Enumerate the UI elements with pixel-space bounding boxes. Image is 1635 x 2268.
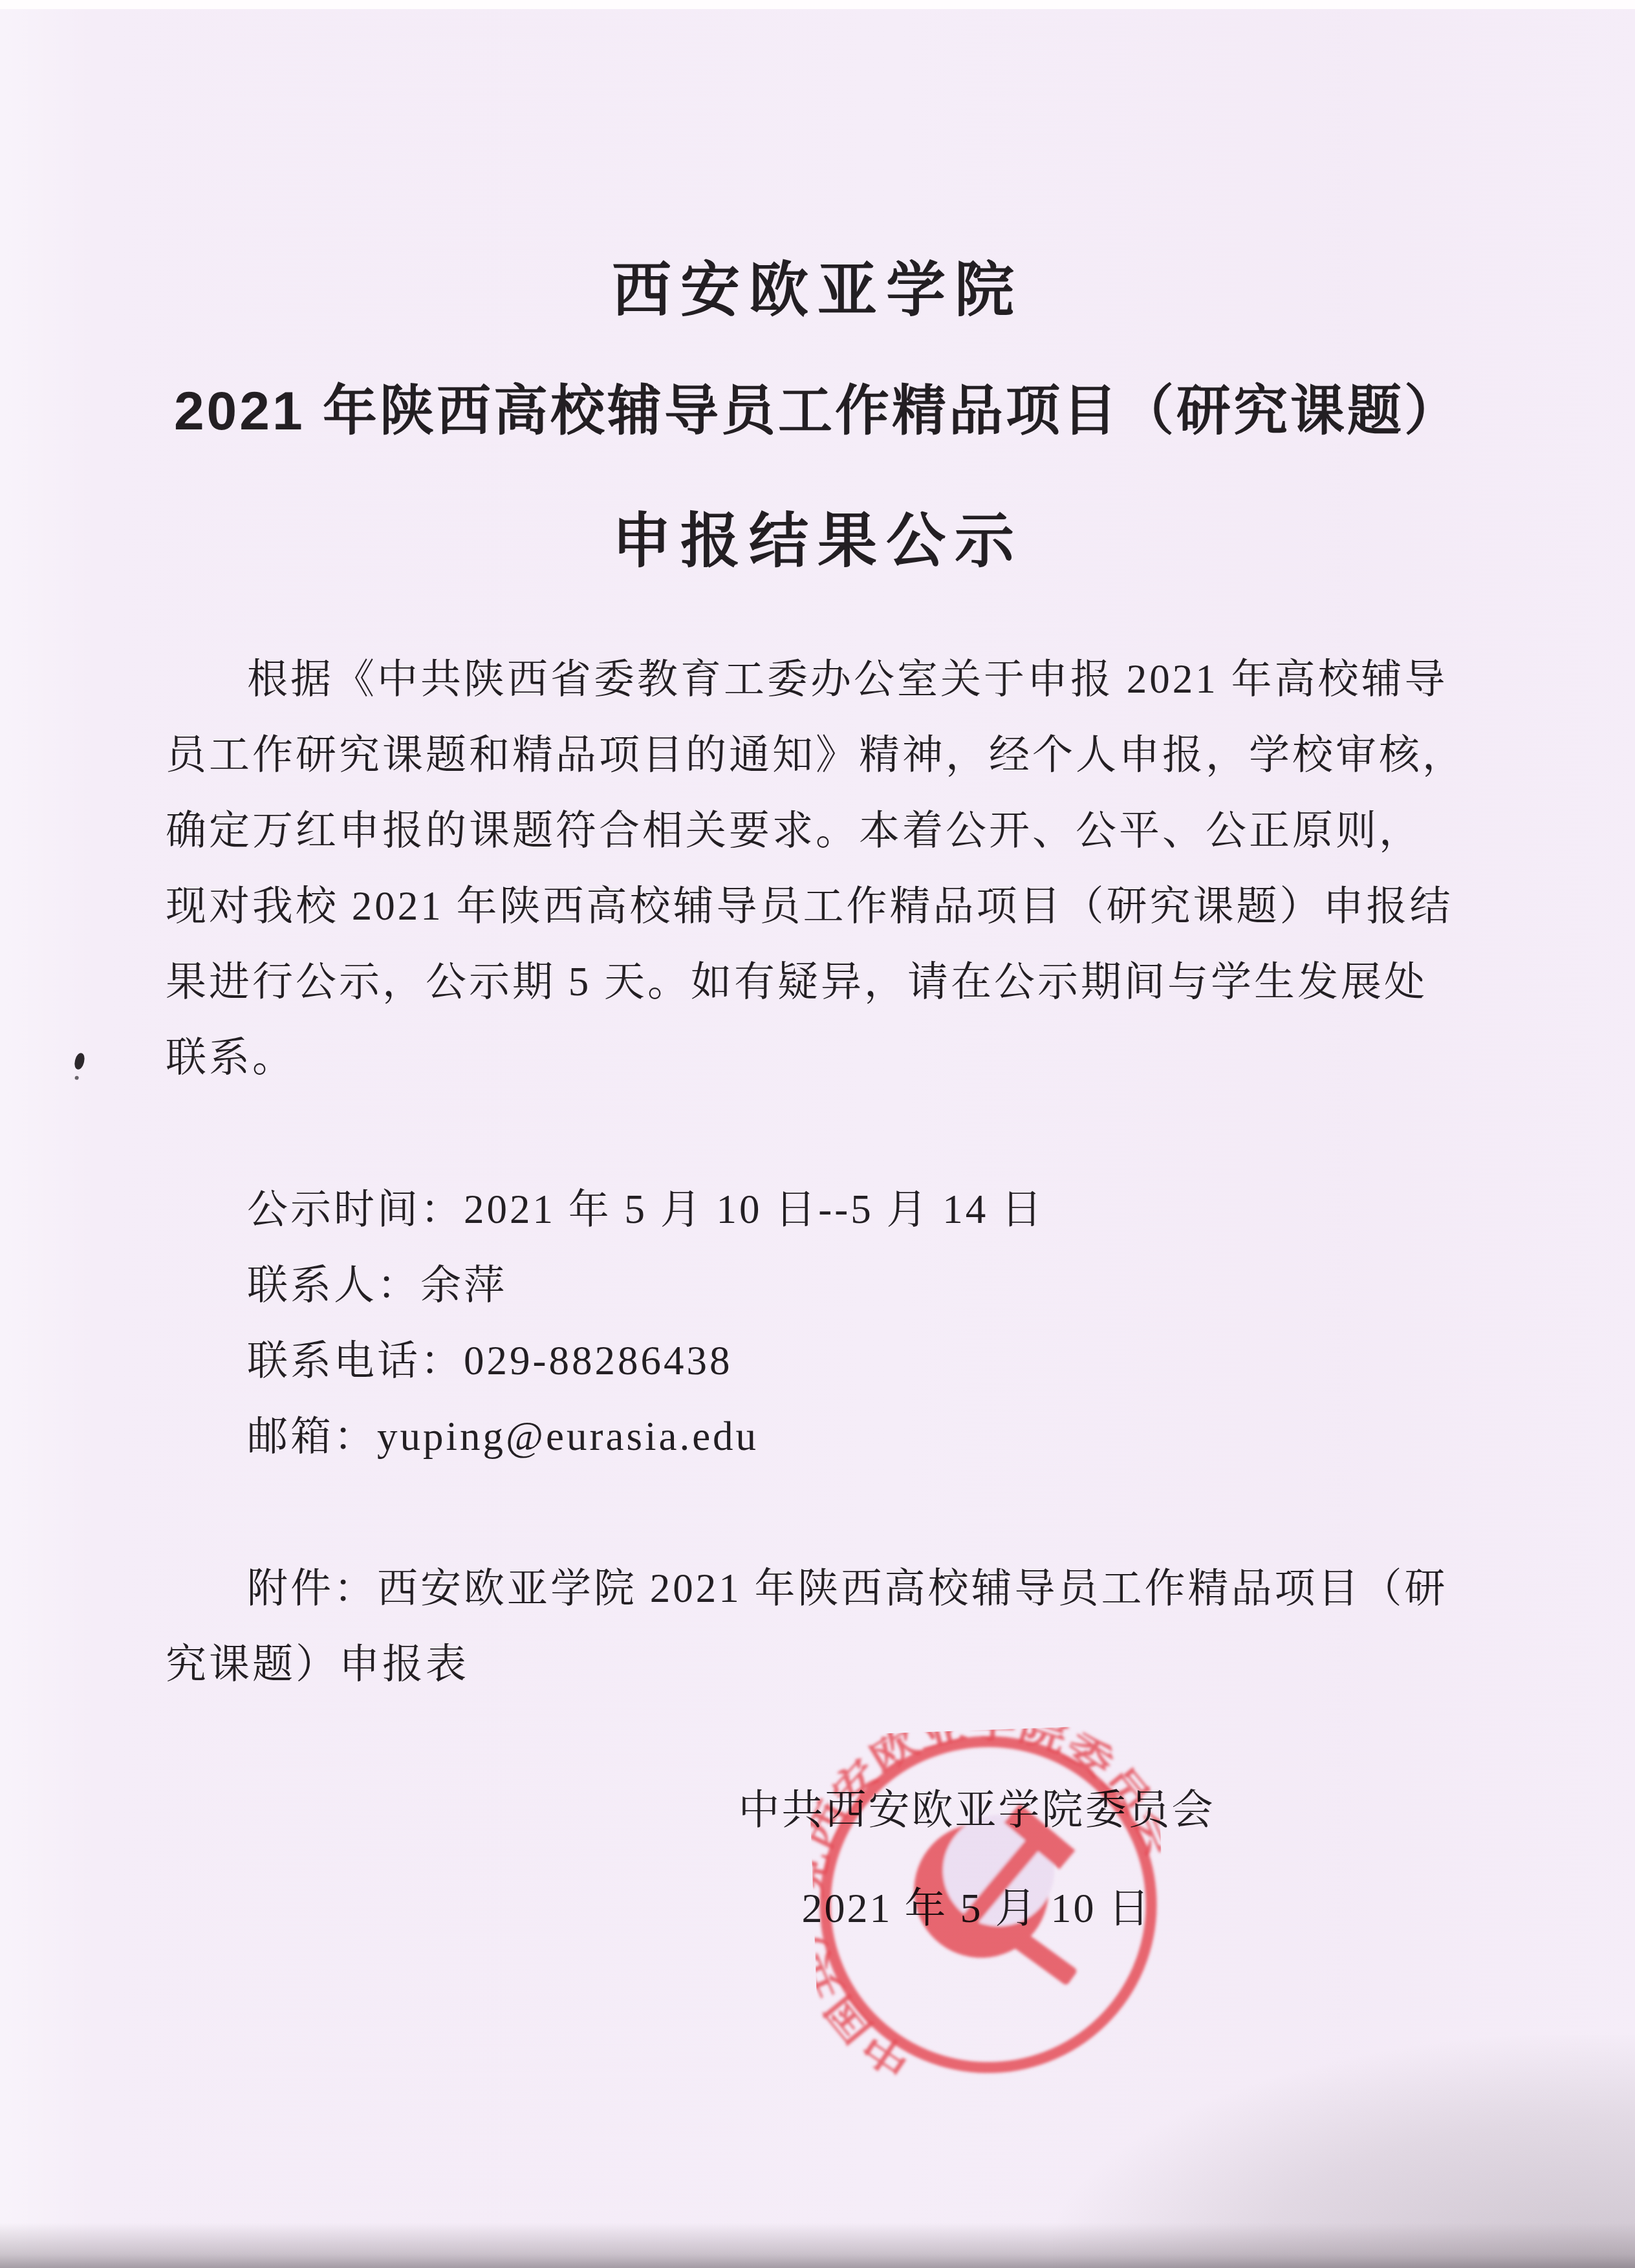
body-line: 根据《中共陕西省委教育工委办公室关于申报 2021 年高校辅导	[166, 642, 1469, 717]
body-line: 现对我校 2021 年陕西高校辅导员工作精品项目（研究课题）申报结	[166, 869, 1469, 944]
body-paragraph: 根据《中共陕西省委教育工委办公室关于申报 2021 年高校辅导 员工作研究课题和…	[166, 642, 1469, 1096]
attachment-note: 附件：西安欧亚学院 2021 年陕西高校辅导员工作精品项目（研 究课题）申报表	[166, 1551, 1469, 1702]
document-title-announcement: 申报结果公示	[0, 493, 1635, 579]
scan-edge-bottom	[0, 2223, 1635, 2268]
body-line: 联系。	[166, 1020, 1469, 1096]
scanned-document-page: 西安欧亚学院 2021 年陕西高校辅导员工作精品项目（研究课题） 申报结果公示 …	[0, 0, 1635, 2268]
contact-person-line: 联系人：余萍	[166, 1247, 1469, 1323]
attachment-line: 附件：西安欧亚学院 2021 年陕西高校辅导员工作精品项目（研	[166, 1551, 1469, 1626]
contact-info: 公示时间：2021 年 5 月 10 日--5 月 14 日 联系人：余萍 联系…	[166, 1172, 1469, 1474]
official-red-stamp: 中国共产党西安欧亚学院委员会	[808, 1724, 1169, 2086]
contact-phone-line: 联系电话：029-88286438	[166, 1323, 1469, 1399]
attachment-line: 究课题）申报表	[166, 1626, 1469, 1702]
document-title-school: 西安欧亚学院	[0, 243, 1635, 328]
scan-edge-top	[0, 0, 1635, 9]
publicity-period-line: 公示时间：2021 年 5 月 10 日--5 月 14 日	[166, 1172, 1469, 1247]
hammer-and-sickle-icon	[911, 1802, 1080, 1991]
body-line: 确定万红申报的课题符合相关要求。本着公开、公平、公正原则，	[166, 793, 1469, 869]
contact-email-line: 邮箱：yuping@eurasia.edu	[166, 1399, 1469, 1474]
body-line: 果进行公示，公示期 5 天。如有疑异，请在公示期间与学生发展处	[166, 944, 1469, 1020]
body-line: 员工作研究课题和精品项目的通知》精神，经个人申报，学校审核，	[166, 717, 1469, 793]
document-title-project: 2021 年陕西高校辅导员工作精品项目（研究课题）	[0, 367, 1635, 446]
